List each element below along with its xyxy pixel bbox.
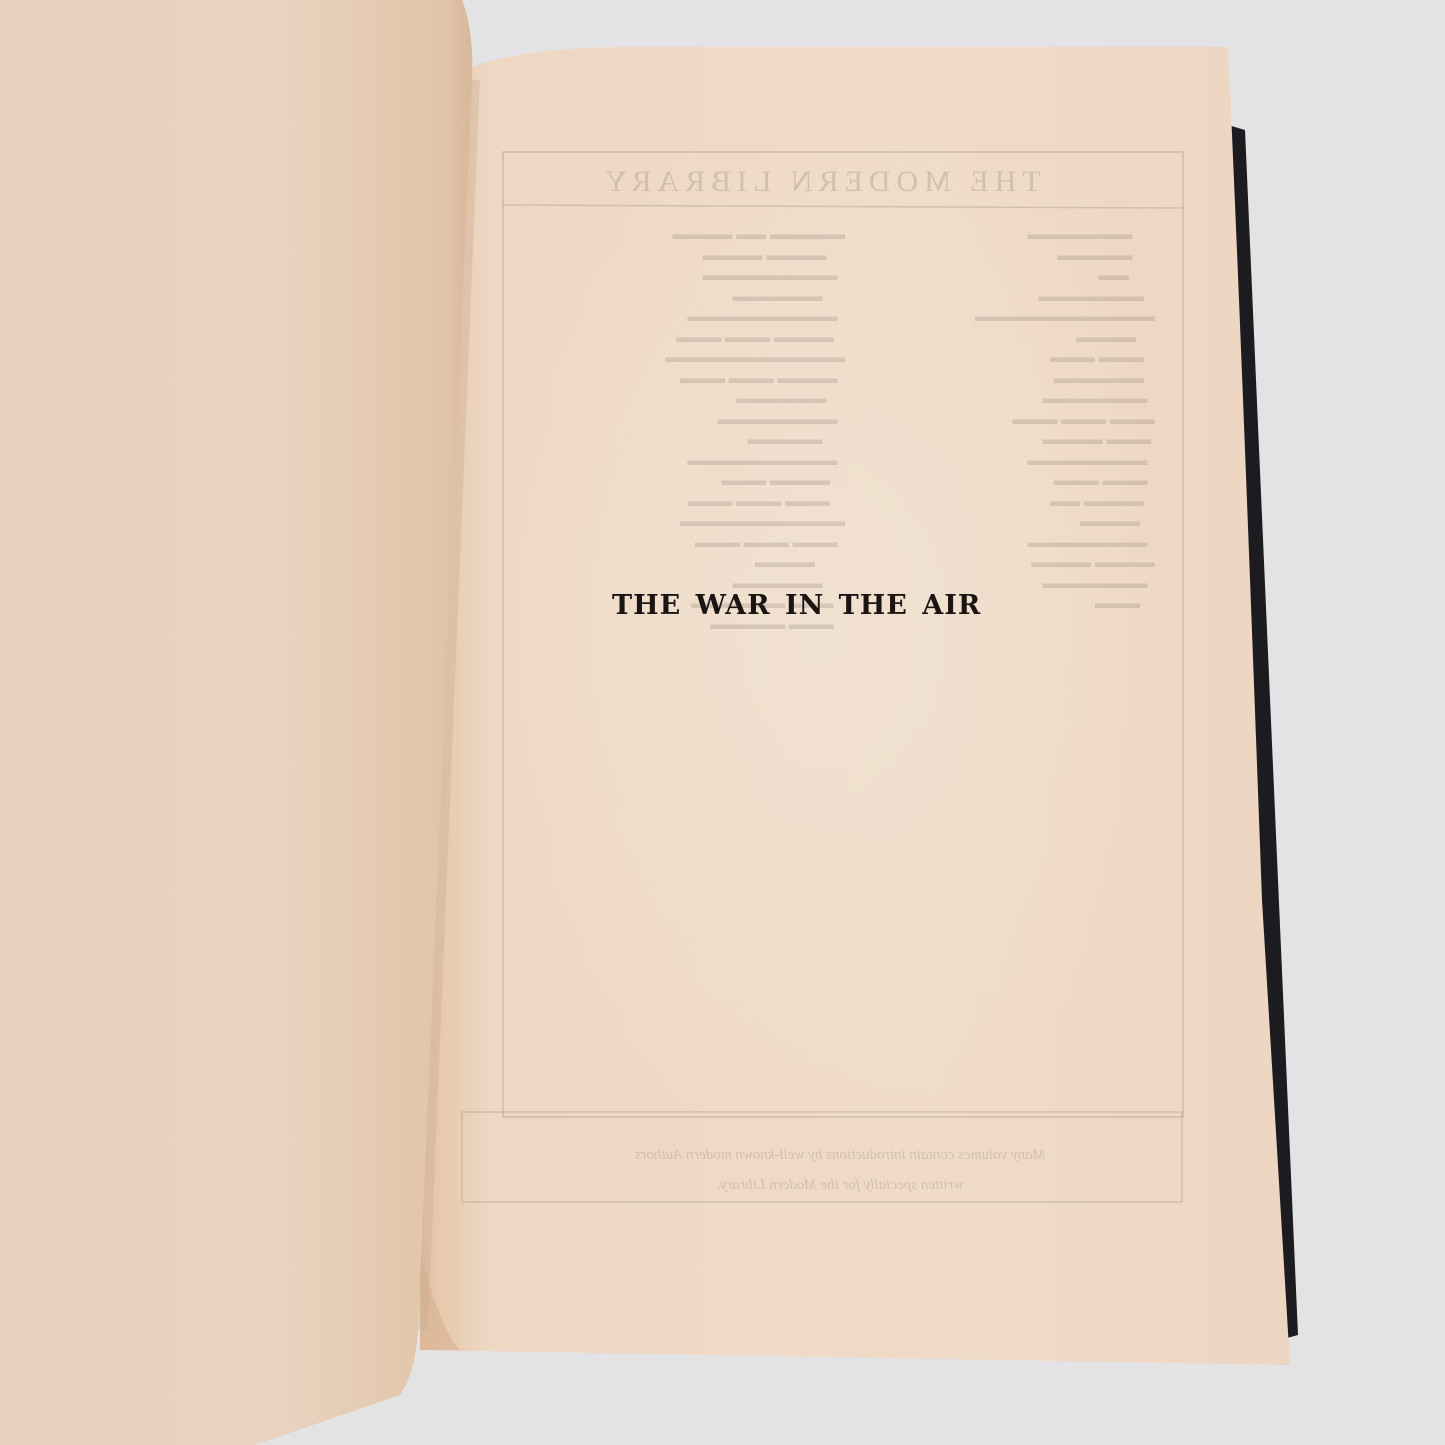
show-through-column-left: ▬▬▬▬▬ ▬▬ ▬▬▬▬ ▬▬▬▬ ▬▬▬▬ ▬▬▬▬▬▬▬▬▬ ▬▬▬▬▬▬…: [545, 225, 845, 635]
book-shapes: [0, 0, 1445, 1445]
left-page: [0, 0, 472, 1445]
show-through-footer: Many volumes contain introductions by we…: [490, 1140, 1190, 1200]
show-through-footer-line-2: written specially for the Modern Library…: [490, 1170, 1190, 1200]
book-title: THE WAR IN THE AIR: [612, 590, 1032, 621]
show-through-header: THE MODERN LIBRARY: [580, 165, 1060, 199]
show-through-column-right: ▬▬▬▬▬▬▬ ▬▬▬▬▬ ▬▬ ▬▬▬▬▬▬▬ ▬▬▬▬▬▬▬▬▬▬▬▬ ▬▬…: [855, 225, 1155, 615]
book-photo-scene: THE MODERN LIBRARY ▬▬▬▬▬ ▬▬ ▬▬▬▬ ▬▬▬▬ ▬▬…: [0, 0, 1445, 1445]
show-through-footer-line-1: Many volumes contain introductions by we…: [490, 1140, 1190, 1170]
